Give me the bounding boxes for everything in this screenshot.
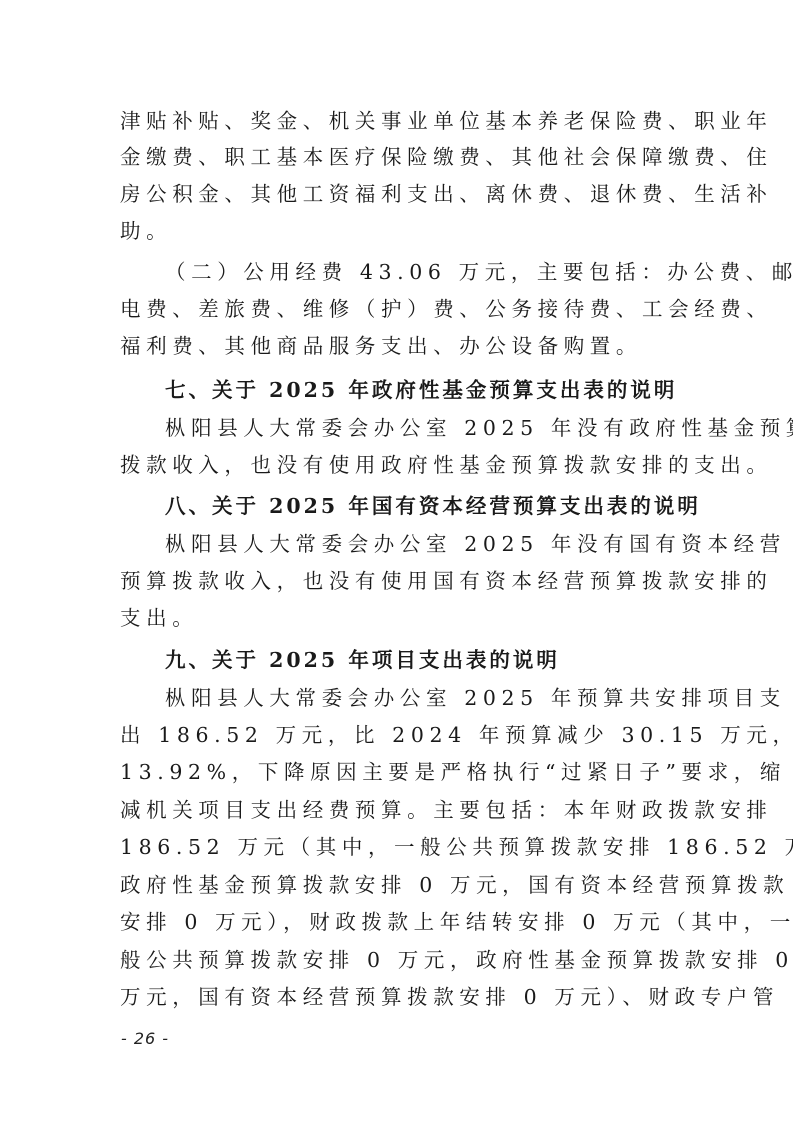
paragraph-line: 减机关项目支出经费预算。主要包括：本年财政拨款安排: [120, 795, 680, 825]
paragraph-line: 枞阳县人大常委会办公室 2025 年没有政府性基金预算: [165, 413, 725, 443]
paragraph-line: 枞阳县人大常委会办公室 2025 年没有国有资本经营: [165, 529, 725, 559]
paragraph-line: 出 186.52 万元，比 2024 年预算减少 30.15 万元，下降: [120, 720, 680, 750]
section-heading-8: 八、关于 2025 年国有资本经营预算支出表的说明: [165, 491, 725, 521]
paragraph-line: 电费、差旅费、维修（护）费、公务接待费、工会经费、: [120, 294, 680, 324]
paragraph-line: 枞阳县人大常委会办公室 2025 年预算共安排项目支: [165, 683, 725, 713]
paragraph-line: 13.92%，下降原因主要是严格执行“过紧日子”要求，缩: [120, 757, 680, 787]
paragraph-line: 万元，国有资本经营预算拨款安排 0 万元）、财政专户管: [120, 982, 680, 1012]
paragraph-line: 支出。: [120, 603, 680, 633]
paragraph-line: 金缴费、职工基本医疗保险缴费、其他社会保障缴费、住: [120, 142, 680, 172]
section-heading-7: 七、关于 2025 年政府性基金预算支出表的说明: [165, 375, 725, 405]
section-heading-9: 九、关于 2025 年项目支出表的说明: [165, 645, 725, 675]
page-number: - 26 -: [121, 1029, 169, 1048]
document-page: 津贴补贴、奖金、机关事业单位基本养老保险费、职业年 金缴费、职工基本医疗保险缴费…: [0, 0, 793, 1122]
paragraph-line: 186.52 万元（其中，一般公共预算拨款安排 186.52 万元，: [120, 832, 680, 862]
paragraph-line: 安排 0 万元），财政拨款上年结转安排 0 万元（其中，一: [120, 907, 680, 937]
paragraph-line: （二）公用经费 43.06 万元，主要包括：办公费、邮: [165, 257, 725, 287]
paragraph-line: 政府性基金预算拨款安排 0 万元，国有资本经营预算拨款: [120, 870, 680, 900]
paragraph-line: 福利费、其他商品服务支出、办公设备购置。: [120, 331, 680, 361]
paragraph-line: 般公共预算拨款安排 0 万元，政府性基金预算拨款安排 0: [120, 945, 680, 975]
paragraph-line: 房公积金、其他工资福利支出、离休费、退休费、生活补: [120, 179, 680, 209]
paragraph-line: 预算拨款收入，也没有使用国有资本经营预算拨款安排的: [120, 566, 680, 596]
paragraph-line: 助。: [120, 216, 680, 246]
paragraph-line: 拨款收入，也没有使用政府性基金预算拨款安排的支出。: [120, 450, 680, 480]
paragraph-line: 津贴补贴、奖金、机关事业单位基本养老保险费、职业年: [120, 106, 680, 136]
